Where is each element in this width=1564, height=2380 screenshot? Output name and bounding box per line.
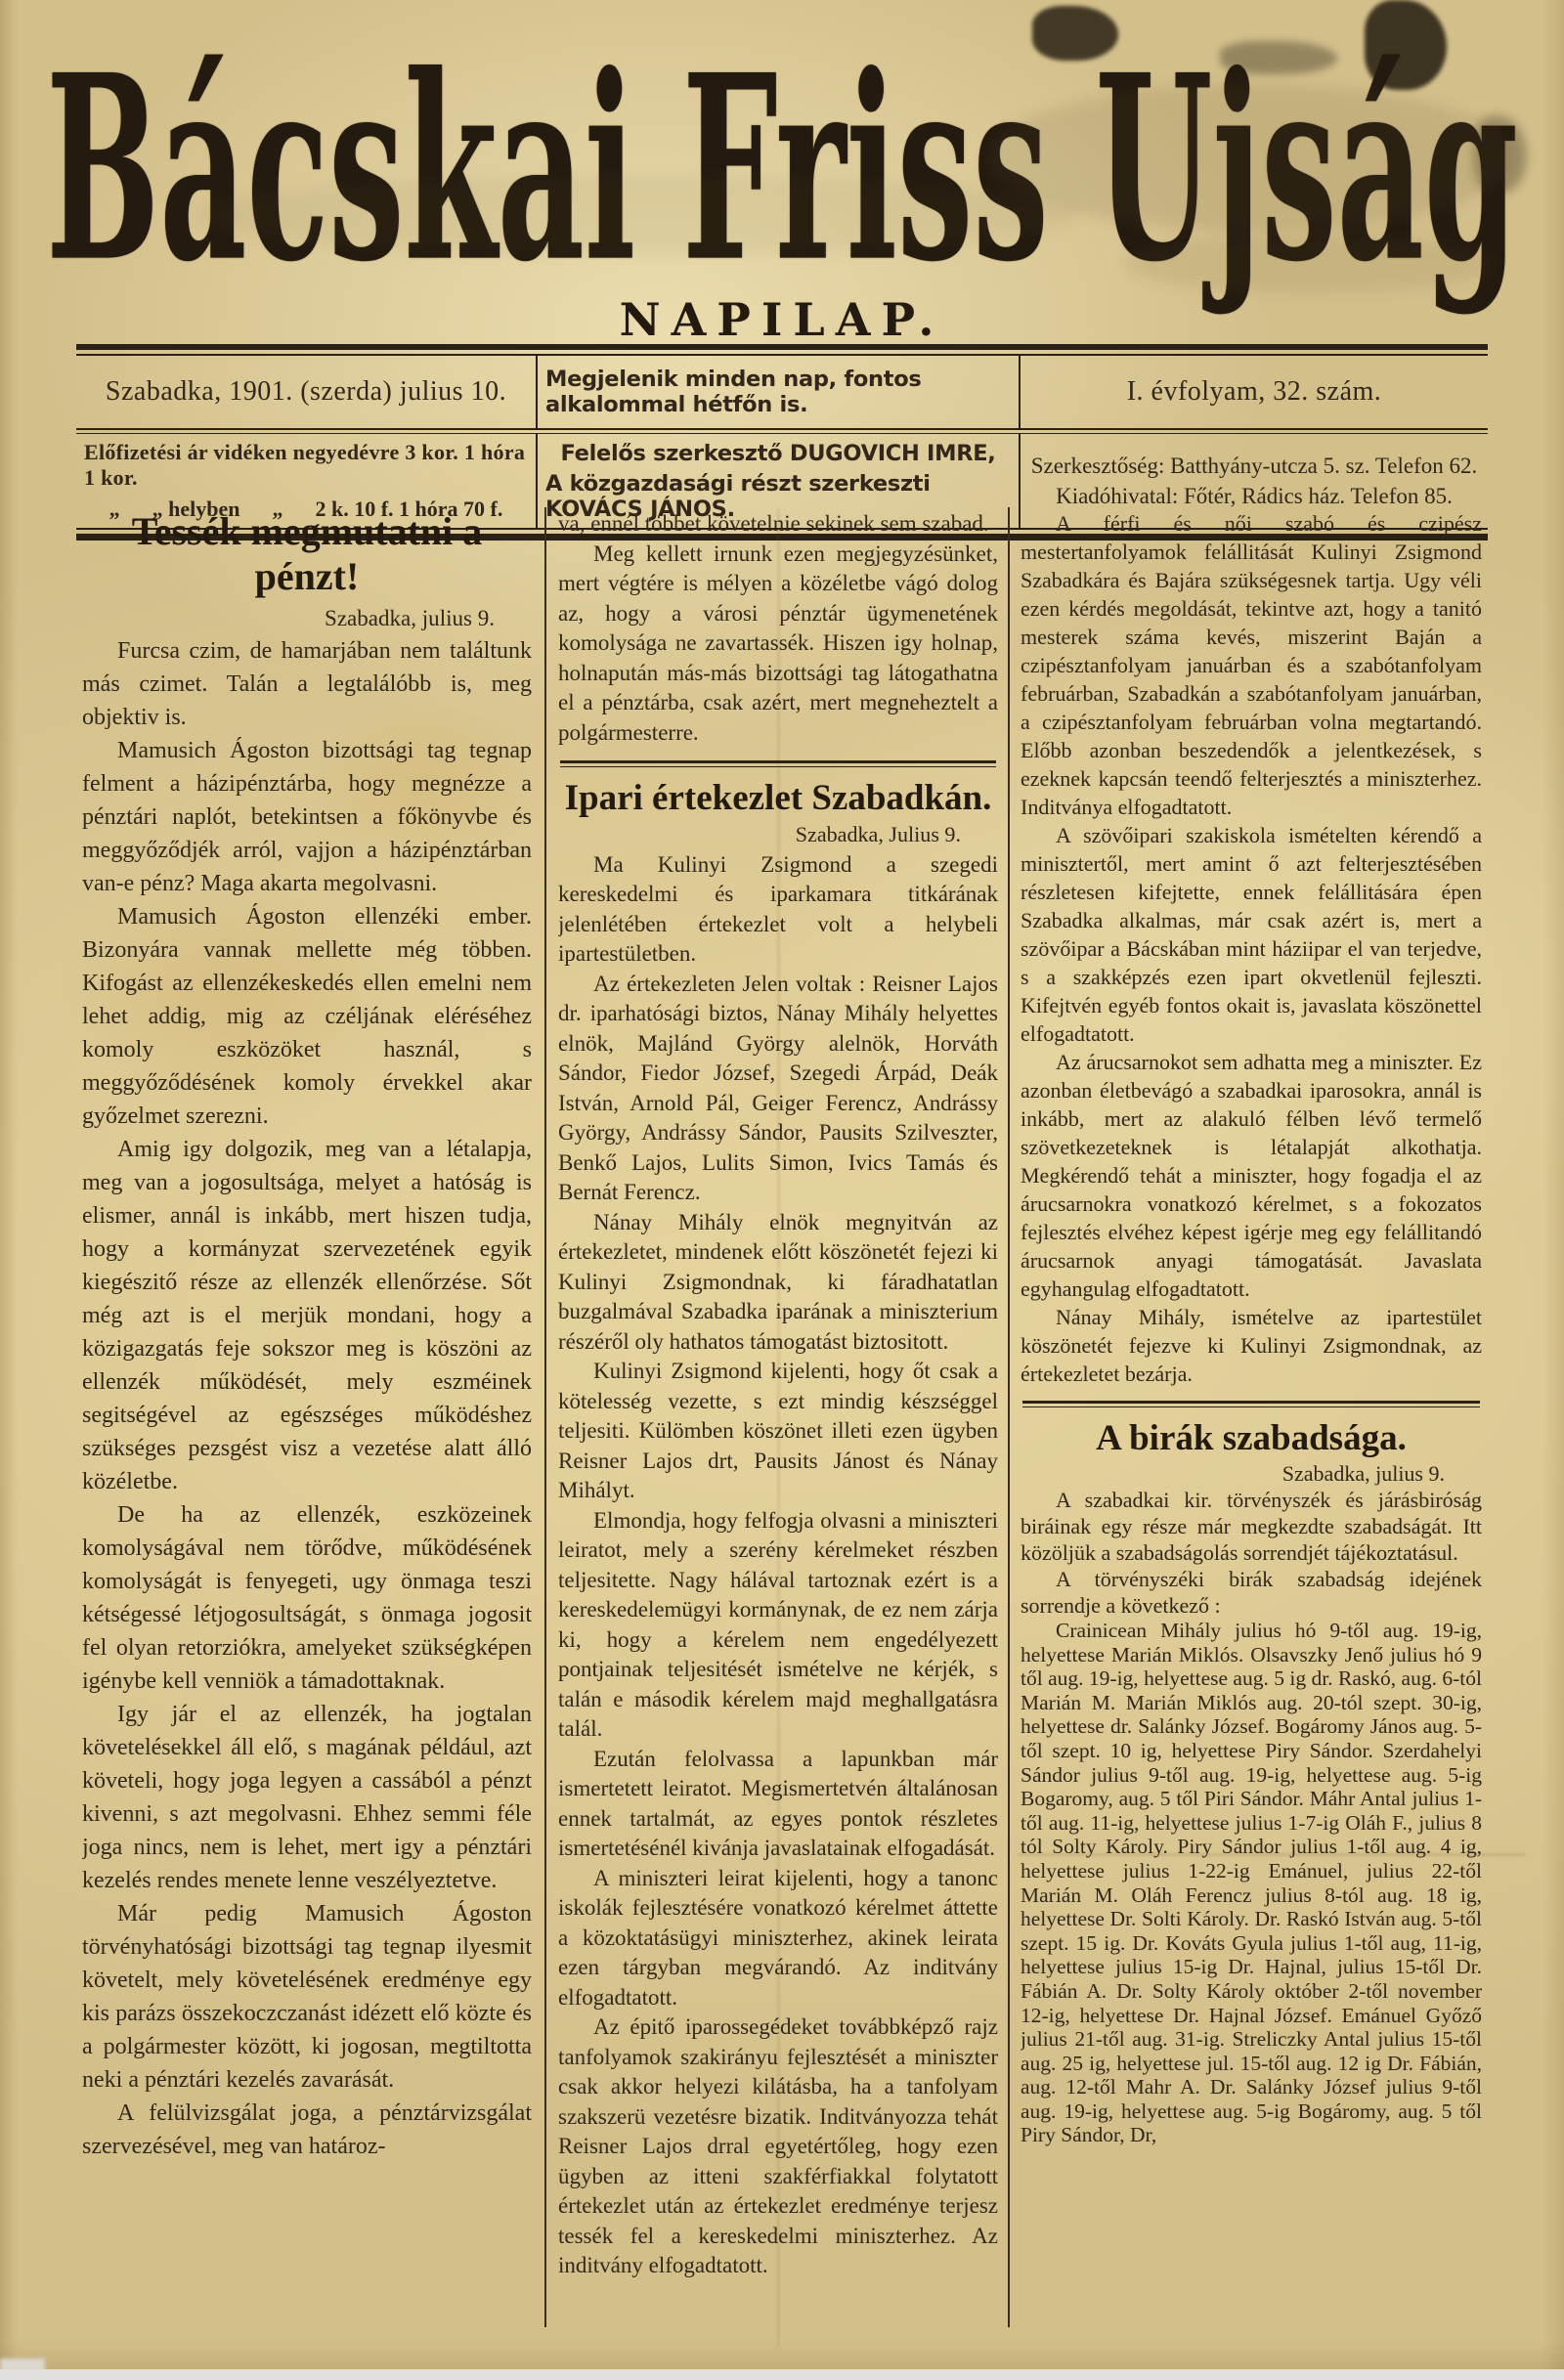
- publisher-office-address: Kiadóhivatal: Főtér, Rádics ház. Telefon…: [1056, 484, 1453, 509]
- article-paragraph: Amig igy dolgozik, meg van a létalapja, …: [82, 1133, 532, 1498]
- article-paragraph: Crainicean Mihály julius hó 9-től aug. 1…: [1021, 1619, 1482, 2147]
- article-paragraph: Igy jár el az ellenzék, ha jogtalan köve…: [82, 1698, 532, 1897]
- judges-article-headline: A birák szabadsága.: [1021, 1417, 1482, 1460]
- column-divider: [544, 507, 546, 2327]
- article-column-1: Tessék megmutatni a pénzt! Szabadka, jul…: [82, 509, 532, 2352]
- article-paragraph: Mamusich Ágoston bizottsági tag tegnap f…: [82, 734, 532, 900]
- article-paragraph: Ma Kulinyi Zsigmond a szegedi kereskedel…: [558, 850, 998, 970]
- publication-frequency: Megjelenik minden nap, fontos alkalommal…: [545, 367, 1011, 417]
- judges-article-dateline: Szabadka, julius 9.: [1021, 1460, 1482, 1487]
- article-paragraph: A miniszteri leirat kijelenti, hogy a ta…: [558, 1864, 998, 2013]
- industry-article-dateline: Szabadka, Julius 9.: [558, 820, 998, 850]
- industry-article-headline: Ipari értekezlet Szabadkán.: [558, 777, 998, 820]
- article-paragraph: Már pedig Mamusich Ágoston törvényhatósá…: [82, 1897, 532, 2097]
- article-paragraph: Ezután felolvassa a lapunkban már ismert…: [558, 1745, 998, 1864]
- header-cell-issue: I. évfolyam, 32. szám.: [1021, 356, 1488, 428]
- editorial-office-address: Szerkesztőség: Batthyány-utcza 5. sz. Te…: [1031, 454, 1478, 479]
- section-rule: [560, 760, 996, 767]
- article-paragraph-continuation: A férfi és női szabó és czipész mesterta…: [1021, 509, 1482, 821]
- volume-issue-number: I. évfolyam, 32. szám.: [1127, 376, 1382, 408]
- newspaper-page: Bácskai Friss Ujság NAPILAP. Szabadka, 1…: [0, 0, 1564, 2380]
- article-paragraph: Kulinyi Zsigmond kijelenti, hogy őt csak…: [558, 1357, 998, 1506]
- header-row-1: Szabadka, 1901. (szerda) julius 10. Megj…: [76, 356, 1488, 428]
- subscription-rates-line1: Előfizetési ár vidéken negyedévre 3 kor.…: [84, 440, 528, 491]
- article-paragraph: A törvényszéki birák szabadság idejének …: [1021, 1566, 1482, 1619]
- ink-blob: [1220, 41, 1337, 74]
- article-paragraph: Elmondja, hogy felfogja olvasni a minisz…: [558, 1506, 998, 1745]
- article-paragraph: De ha az ellenzék, eszközeinek komolyság…: [82, 1498, 532, 1698]
- article-column-3: A férfi és női szabó és czipész mesterta…: [1021, 509, 1482, 2352]
- header-cell-date: Szabadka, 1901. (szerda) julius 10.: [76, 356, 538, 428]
- masthead-subtitle: NAPILAP.: [0, 293, 1564, 346]
- responsible-editor: Felelős szerkesztő DUGOVICH IMRE,: [560, 441, 995, 466]
- article-paragraph: Nánay Mihály, ismételve az ipartestület …: [1021, 1303, 1482, 1388]
- lead-article-dateline: Szabadka, julius 9.: [82, 601, 532, 634]
- article-paragraph: Mamusich Ágoston ellenzéki ember. Bizony…: [82, 900, 532, 1133]
- column-divider: [1008, 507, 1010, 2327]
- lead-article-headline: Tessék megmutatni a pénzt!: [82, 509, 532, 599]
- ghost-smudge: [195, 176, 1075, 254]
- ink-blob: [1032, 6, 1118, 61]
- article-paragraph: Az épitő iparossegédeket továbbképző raj…: [558, 2012, 998, 2281]
- article-paragraph: Az értekezleten Jelen voltak : Reisner L…: [558, 970, 998, 1208]
- article-paragraph: Meg kellett irnunk ezen megjegyzésünket,…: [558, 540, 998, 749]
- header-rule-top: [76, 344, 1488, 356]
- article-paragraph: Nánay Mihály elnök megnyitván az értekez…: [558, 1208, 998, 1358]
- header-cell-frequency: Megjelenik minden nap, fontos alkalommal…: [538, 356, 1021, 428]
- article-paragraph: Furcsa czim, de hamarjában nem találtunk…: [82, 634, 532, 734]
- scan-edge: [0, 2369, 1564, 2380]
- article-column-2: va, ennél többet követelnie sekinek sem …: [558, 509, 998, 2352]
- article-paragraph: A szabadkai kir. törvényszék és járásbir…: [1021, 1487, 1482, 1566]
- ink-blob: [1365, 0, 1447, 90]
- article-paragraph: A szövőipari szakiskola ismételten kéren…: [1021, 821, 1482, 1048]
- article-paragraph: A felülvizsgálat joga, a pénztárvizsgála…: [82, 2097, 532, 2163]
- article-paragraph-continuation: va, ennél többet követelnie sekinek sem …: [558, 509, 998, 540]
- article-paragraph: Az árucsarnokot sem adhatta meg a minisz…: [1021, 1048, 1482, 1303]
- issue-date: Szabadka, 1901. (szerda) julius 10.: [106, 376, 506, 408]
- judges-article: A birák szabadsága. Szabadka, julius 9. …: [1021, 1401, 1482, 2147]
- section-rule: [1022, 1401, 1480, 1407]
- ghost-smudge: [1124, 235, 1496, 293]
